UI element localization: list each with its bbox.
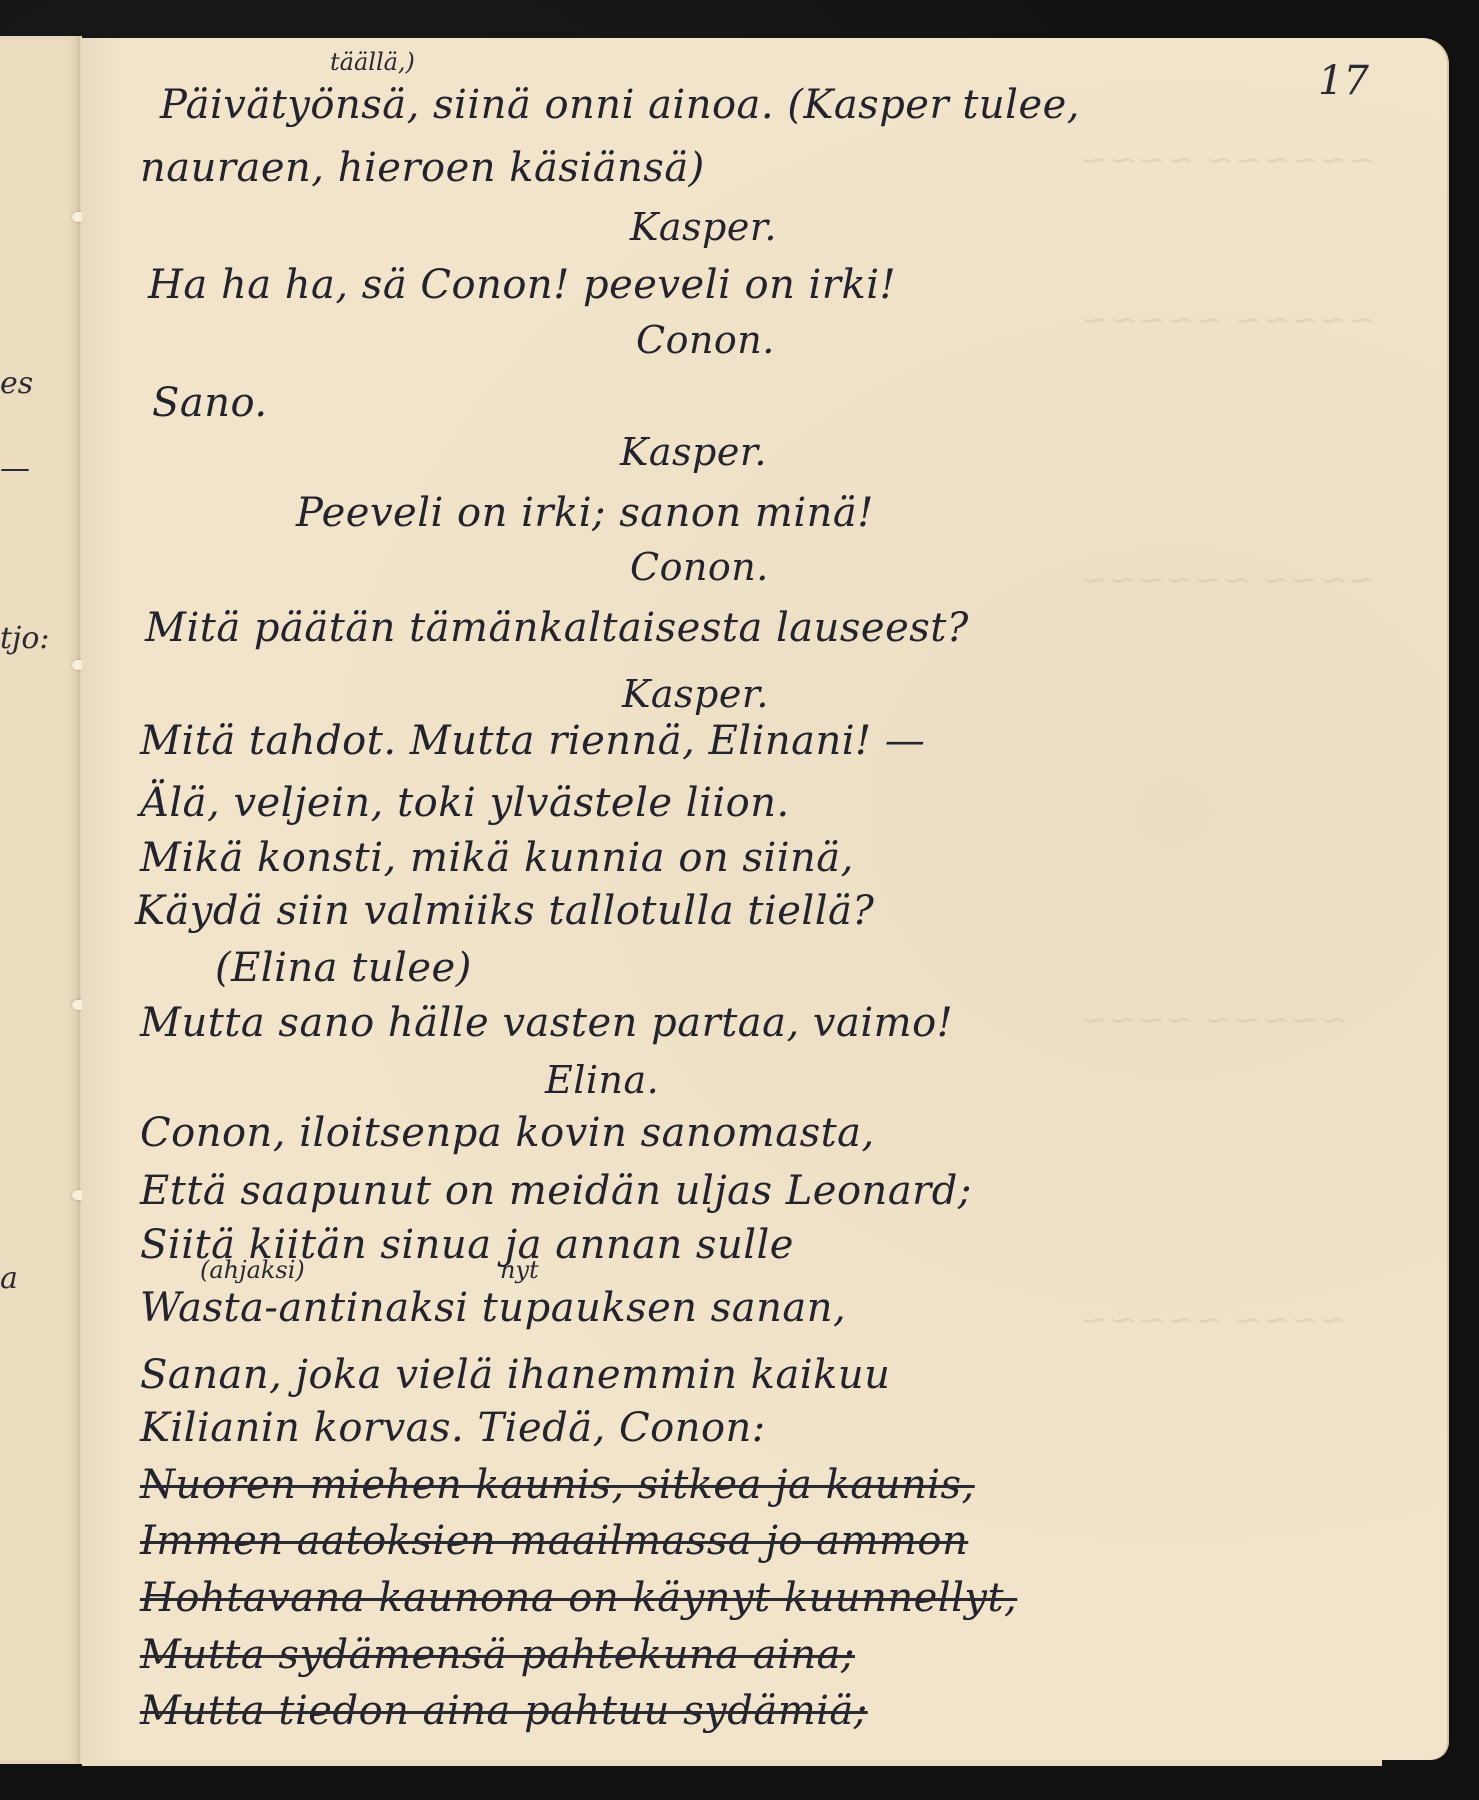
struck-through-line: Mutta tiedon aina pahtuu sydämiä; (140, 1688, 868, 1734)
stage-direction: (Elina tulee) (215, 945, 472, 991)
interlinear-insertion: nyt (500, 1256, 539, 1284)
struck-through-line: Hohtavana kaunona on käynyt kuunnellyt, (140, 1575, 1017, 1621)
struck-through-line: Nuoren miehen kaunis, sitkea ja kaunis, (140, 1462, 975, 1508)
struck-through-line: Mutta sydämensä pahtekuna aina; (140, 1632, 855, 1678)
manuscript-line: nauraen, hieroen käsiänsä) (140, 145, 705, 191)
left-page-fragment: es (0, 366, 33, 401)
manuscript-line: Mitä päätän tämänkaltaisesta lauseest? (145, 605, 969, 651)
manuscript-line: Älä, veljein, toki ylvästele liion. (140, 780, 790, 826)
ink-show-through: ~~~~~~ ~~~~ (1080, 140, 1376, 180)
ink-show-through: ~~~~~ ~~~~~ (1080, 300, 1376, 340)
speaker-name: Kasper. (620, 430, 767, 474)
speaker-name: Kasper. (630, 205, 777, 249)
manuscript-line: Conon, iloitsenpa kovin sanomasta, (140, 1110, 875, 1156)
struck-through-line: Immen aatoksien maailmassa jo ammon (140, 1518, 968, 1564)
ink-show-through: ~~~~ ~~~~~ (1080, 1300, 1347, 1340)
manuscript-line: Ha ha ha, sä Conon! peeveli on irki! (148, 262, 896, 308)
speaker-name: Conon. (630, 545, 769, 589)
left-page-fragment: — (0, 451, 30, 486)
manuscript-line: Mitä tahdot. Mutta riennä, Elinani! — (140, 718, 925, 764)
manuscript-line: Kilianin korvas. Tiedä, Conon: (140, 1405, 766, 1451)
ink-show-through: ~~~~ ~~~~~~ (1080, 560, 1376, 600)
left-page-edge: es — tjo: a (0, 36, 81, 1764)
manuscript-line: Mutta sano hälle vasten partaa, vaimo! (140, 1000, 953, 1046)
interlinear-insertion: täällä,) (330, 48, 415, 76)
manuscript-line: Käydä siin valmiiks tallotulla tiellä? (135, 888, 874, 934)
left-page-fragment: a (0, 1261, 18, 1296)
interlinear-insertion: (ahjaksi) (200, 1256, 305, 1284)
manuscript-line: Peeveli on irki; sanon minä! (296, 490, 874, 536)
speaker-name: Kasper. (622, 672, 769, 716)
manuscript-line: Että saapunut on meidän uljas Leonard; (140, 1168, 972, 1214)
manuscript-line: Sanan, joka vielä ihanemmin kaikuu (140, 1352, 890, 1398)
page-number: 17 (1318, 58, 1369, 104)
speaker-name: Elina. (545, 1058, 659, 1102)
speaker-name: Conon. (636, 318, 775, 362)
manuscript-line: Mikä konsti, mikä kunnia on siinä, (140, 835, 854, 881)
manuscript-line: Wasta-antinaksi tupauksen sanan, (140, 1285, 846, 1331)
manuscript-line: Sano. (152, 380, 268, 426)
manuscript-line: Päivätyönsä, siinä onni ainoa. (Kasper t… (160, 82, 1080, 128)
left-page-fragment: tjo: (0, 621, 50, 656)
ink-show-through: ~~~~~ ~~~~ (1080, 1000, 1347, 1040)
